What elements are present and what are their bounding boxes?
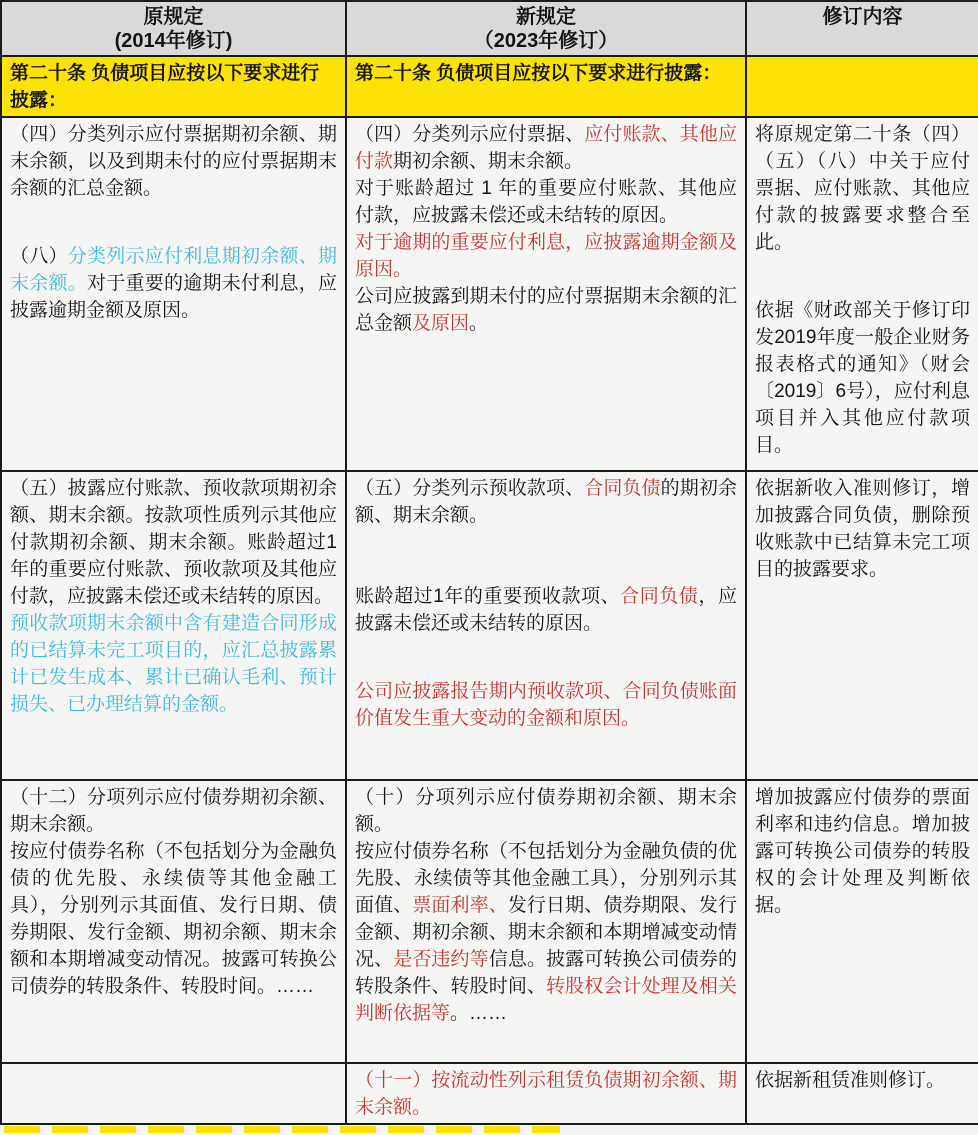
- cell-old-items-4-8: （四）分类列示应付票据期初余额、期末余额，以及到期未付的应付票据期末余额的汇总金…: [1, 117, 346, 471]
- cell-old-item-5: （五）披露应付账款、预收款项期初余额、期末余额。按款项性质列示其他应付款期初余额…: [1, 471, 346, 780]
- cutoff-next-row: [0, 1126, 978, 1135]
- cell-old-item-11-empty: [1, 1063, 346, 1124]
- header-new-title: 新规定: [355, 5, 737, 29]
- row-item-12-10: （十二）分项列示应付债券期初余额、期末余额。按应付债券名称（不包括划分为金融负债…: [1, 780, 978, 1063]
- comparison-table: 原规定 (2014年修订) 新规定 （2023年修订） 修订内容 第二十条 负债…: [0, 0, 978, 1125]
- header-revision-content: 修订内容: [746, 1, 978, 56]
- cell-new-item-10: （十）分项列示应付债券期初余额、期末余额。按应付债券名称（不包括划分为金融负债的…: [346, 780, 746, 1063]
- article20-heading-revision: [746, 56, 978, 117]
- row-items-4-8: （四）分类列示应付票据期初余额、期末余额，以及到期未付的应付票据期末余额的汇总金…: [1, 117, 978, 471]
- row-item-11: （十一）按流动性列示租赁负债期初余额、期末余额。 依据新租赁准则修订。: [1, 1063, 978, 1124]
- row-item-5: （五）披露应付账款、预收款项期初余额、期末余额。按款项性质列示其他应付款期初余额…: [1, 471, 978, 780]
- header-new-regulation: 新规定 （2023年修订）: [346, 1, 746, 56]
- cell-revision-items-4-8: 将原规定第二十条（四）（五）（八）中关于应付票据、应付账款、其他应付款的披露要求…: [746, 117, 978, 471]
- cell-revision-item-10: 增加披露应付债券的票面利率和违约信息。增加披露可转换公司债券的转股权的会计处理及…: [746, 780, 978, 1063]
- cell-old-item-12: （十二）分项列示应付债券期初余额、期末余额。按应付债券名称（不包括划分为金融负债…: [1, 780, 346, 1063]
- header-old-regulation: 原规定 (2014年修订): [1, 1, 346, 56]
- article20-heading-row: 第二十条 负债项目应按以下要求进行披露： 第二十条 负债项目应按以下要求进行披露…: [1, 56, 978, 117]
- header-new-year: （2023年修订）: [355, 29, 737, 53]
- cell-new-item-11: （十一）按流动性列示租赁负债期初余额、期末余额。: [346, 1063, 746, 1124]
- article20-heading-new: 第二十条 负债项目应按以下要求进行披露：: [346, 56, 746, 117]
- header-row: 原规定 (2014年修订) 新规定 （2023年修订） 修订内容: [1, 1, 978, 56]
- cell-revision-item-11: 依据新租赁准则修订。: [746, 1063, 978, 1124]
- cell-new-item-4: （四）分类列示应付票据、应付账款、其他应付款期初余额、期末余额。对于账龄超过 1…: [346, 117, 746, 471]
- cell-revision-item-5: 依据新收入准则修订，增加披露合同负债，删除预收账款中已结算未完工项目的披露要求。: [746, 471, 978, 780]
- header-old-year: (2014年修订): [10, 29, 337, 53]
- article20-heading-old: 第二十条 负债项目应按以下要求进行披露：: [1, 56, 346, 117]
- header-old-title: 原规定: [10, 5, 337, 29]
- regulation-comparison-page: 原规定 (2014年修订) 新规定 （2023年修订） 修订内容 第二十条 负债…: [0, 0, 978, 1135]
- cutoff-highlight-fragments: [4, 1126, 560, 1133]
- cell-new-item-5: （五）分类列示预收款项、合同负债的期初余额、期末余额。账龄超过1年的重要预收款项…: [346, 471, 746, 780]
